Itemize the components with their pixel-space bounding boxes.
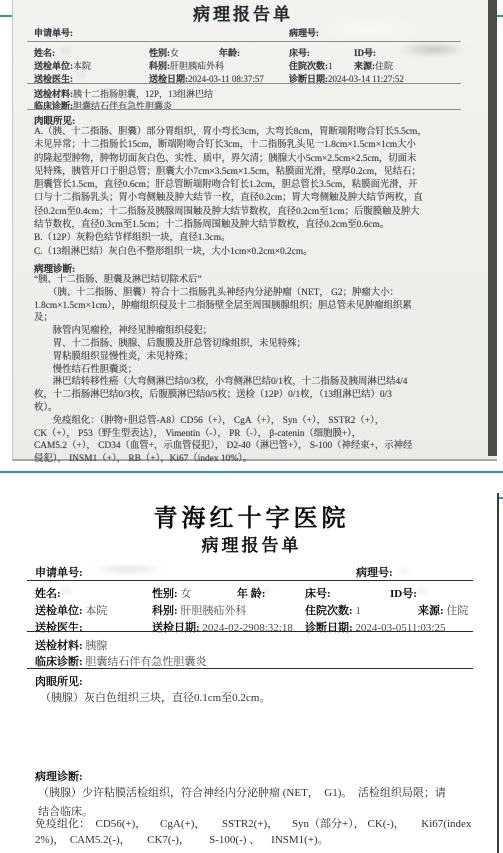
sex-value: 女 xyxy=(180,588,191,600)
source-label: 来源: xyxy=(418,605,444,617)
source-value: 住院 xyxy=(375,61,393,71)
header-divider xyxy=(27,631,473,632)
material-value: 胰腺 xyxy=(85,640,107,652)
material-label: 送检材料: xyxy=(35,640,83,652)
name-label: 姓名: xyxy=(35,588,61,600)
send-date-value: 2024-02-2908:32:18 xyxy=(202,622,292,634)
dept-label: 科别: xyxy=(152,605,178,617)
header-divider xyxy=(27,668,473,669)
header-divider xyxy=(27,109,461,110)
redaction-smudge-request-no xyxy=(88,563,168,576)
ihc-text: 免疫组化： CD56(+)， CgA(+)， SSTR2(+)， Syn（部分+… xyxy=(35,816,485,848)
unit-label: 送检单位: xyxy=(35,605,83,617)
visits-value: 1 xyxy=(328,61,333,71)
pathology-no-label: 病理号: xyxy=(356,567,393,579)
diagnosis-heading: 病理诊断: xyxy=(34,261,75,275)
diagnosis-text: “胰、十二指肠、胆囊及淋巴结切除术后” （胰、十二指肠、胆囊）符合十二指肠乳头神… xyxy=(34,274,484,466)
header-divider xyxy=(27,83,461,84)
hospital-name: 青海红十字医院 xyxy=(0,498,503,533)
send-date-label: 送检日期: xyxy=(152,622,200,634)
age-label: 年龄: xyxy=(219,48,240,58)
bed-label: 床号: xyxy=(305,588,331,600)
material-value: 胰十二指肠胆囊，12P，13组淋巴结 xyxy=(73,89,213,99)
sex-label: 性别: xyxy=(149,48,170,58)
gross-findings-heading: 肉眼所见: xyxy=(35,673,83,689)
source-label: 来源: xyxy=(354,61,375,71)
sex-value: 女 xyxy=(170,48,179,58)
redaction-smudge-pathology-no xyxy=(313,16,428,42)
dept-label: 科别: xyxy=(149,61,170,71)
age-label: 年 龄: xyxy=(237,588,265,600)
clinical-value: 胆囊结石伴有急性胆囊炎 xyxy=(85,656,206,668)
request-no-label: 申请单号: xyxy=(34,28,73,38)
pathology-reports-screenshot: 病理报告单 申请单号: 病理号: 姓名: 性别:女 年龄: 床号: ID号: 送… xyxy=(0,0,503,853)
visits-value: 1 xyxy=(355,605,361,617)
sex-label: 性别: xyxy=(152,588,178,600)
doctor-label: 送检医生: xyxy=(35,622,83,634)
name-label: 姓名: xyxy=(34,48,55,58)
dept-value: 肝胆胰疝外科 xyxy=(170,61,224,71)
id-label: ID号: xyxy=(354,48,376,58)
photo-dark-edge xyxy=(488,0,497,456)
header-divider xyxy=(27,580,473,581)
visits-label: 住院次数: xyxy=(289,61,328,71)
bed-label: 床号: xyxy=(289,48,310,58)
gross-findings-heading: 肉眼所见: xyxy=(34,113,75,127)
unit-value: 本院 xyxy=(73,61,91,71)
dept-value: 肝胆胰疝外科 xyxy=(180,605,246,617)
pathology-no-label: 病理号: xyxy=(289,28,319,38)
redaction-smudge-doctor xyxy=(75,71,87,79)
header-divider xyxy=(27,41,461,42)
source-value: 住院 xyxy=(446,605,468,617)
pathology-report-photo: 病理报告单 申请单号: 病理号: 姓名: 性别:女 年龄: 床号: ID号: 送… xyxy=(12,0,497,461)
unit-label: 送检单位: xyxy=(34,61,73,71)
visits-label: 住院次数: xyxy=(305,605,353,617)
diag-date-value: 2024-03-0511:03:25 xyxy=(355,622,445,634)
diagnosis-heading: 病理诊断: xyxy=(35,768,83,784)
documents-divider-line xyxy=(0,471,503,473)
unit-value: 本院 xyxy=(85,605,107,617)
request-no-label: 申请单号: xyxy=(35,567,83,579)
id-label: ID号: xyxy=(390,588,417,600)
gross-findings-text: （胰腺）灰白色组织三块，直径0.1cm至0.2cm。 xyxy=(40,689,270,708)
report-title: 病理报告单 xyxy=(0,531,503,556)
material-label: 送检材料: xyxy=(34,89,73,99)
redaction-smudge-id-no xyxy=(398,42,468,57)
diag-date-label: 诊断日期: xyxy=(305,622,353,634)
gross-findings-text: A.（胰、十二指肠、胆囊）部分胃组织，胃小弯长3cm，大弯长8cm，胃断端附吻合… xyxy=(34,126,484,259)
clinical-label: 临床诊断: xyxy=(35,656,83,668)
redaction-smudge-name xyxy=(58,47,74,55)
redaction-smudge-pathology-no xyxy=(398,567,410,575)
